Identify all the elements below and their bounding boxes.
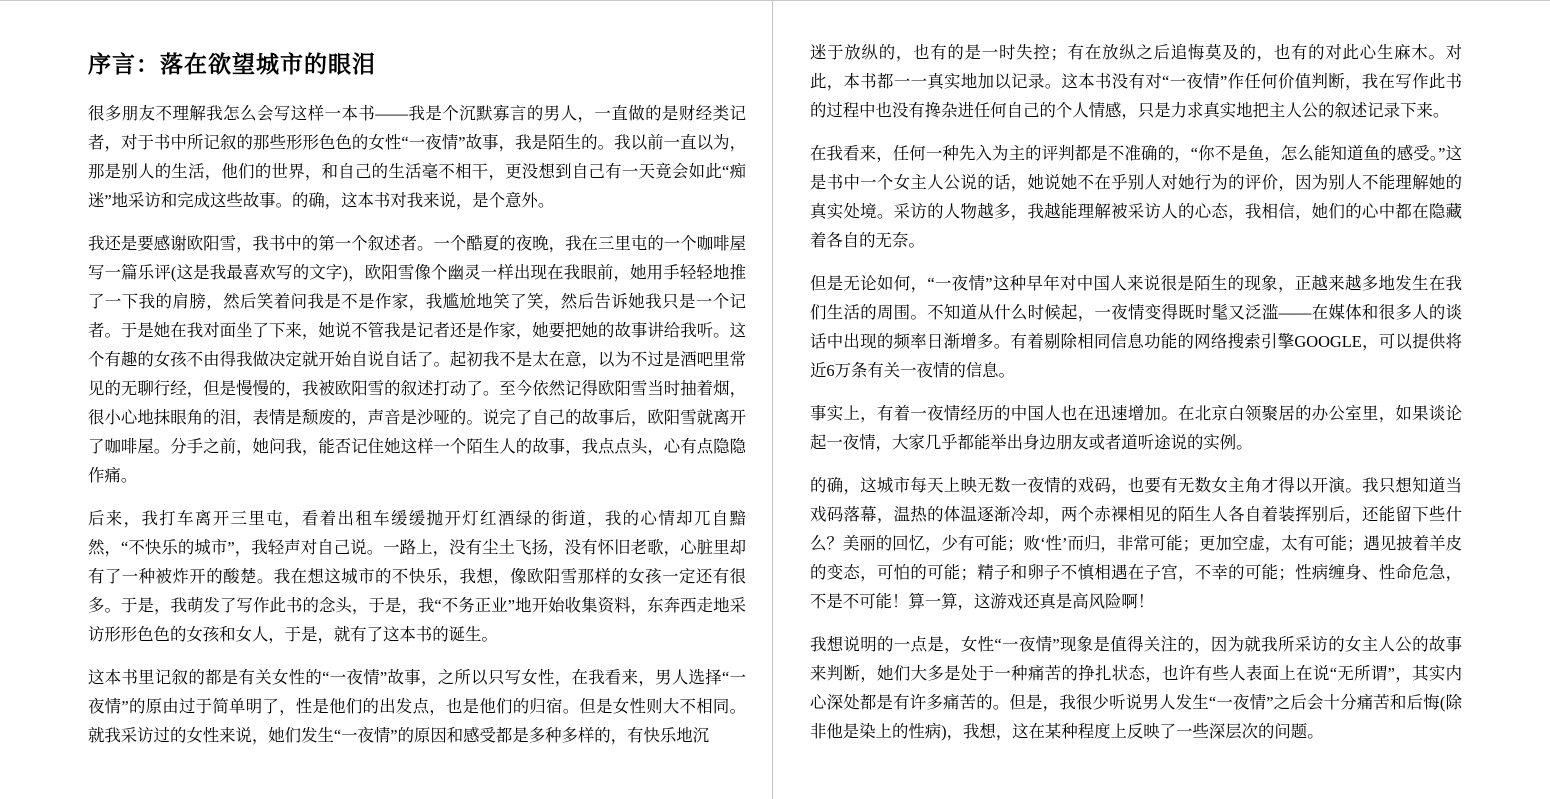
paragraph: 在我看来，任何一种先入为主的评判都是不准确的，“你不是鱼，怎么能知道鱼的感受。”… (810, 139, 1462, 255)
paragraph: 但是无论如何，“一夜情”这种早年对中国人来说很是陌生的现象，正越来越多地发生在我… (810, 269, 1462, 385)
page-left: 序言：落在欲望城市的眼泪 很多朋友不理解我怎么会写这样一本书——我是个沉默寡言的… (88, 38, 746, 764)
page-divider (772, 0, 773, 799)
paragraph: 我想说明的一点是，女性“一夜情”现象是值得关注的，因为就我所采访的女主人公的故事… (810, 630, 1462, 746)
paragraph: 迷于放纵的，也有的是一时失控；有在放纵之后追悔莫及的，也有的对此心生麻木。对此，… (810, 38, 1462, 125)
paragraph: 事实上，有着一夜情经历的中国人也在迅速增加。在北京白领聚居的办公室里，如果谈论起… (810, 399, 1462, 457)
paragraph: 的确，这城市每天上映无数一夜情的戏码，也要有无数女主角才得以开演。我只想知道当戏… (810, 471, 1462, 616)
paragraph: 很多朋友不理解我怎么会写这样一本书——我是个沉默寡言的男人，一直做的是财经类记者… (88, 99, 746, 215)
paragraph: 我还是要感谢欧阳雪，我书中的第一个叙述者。一个酷夏的夜晚，我在三里屯的一个咖啡屋… (88, 229, 746, 490)
paragraph: 这本书里记叙的都是有关女性的“一夜情”故事，之所以只写女性，在我看来，男人选择“… (88, 663, 746, 750)
page-right: 迷于放纵的，也有的是一时失控；有在放纵之后追悔莫及的，也有的对此心生麻木。对此，… (810, 38, 1462, 760)
book-spread: 序言：落在欲望城市的眼泪 很多朋友不理解我怎么会写这样一本书——我是个沉默寡言的… (0, 0, 1550, 799)
page-title: 序言：落在欲望城市的眼泪 (88, 46, 746, 79)
paragraph: 后来，我打车离开三里屯，看着出租车缓缓抛开灯红酒绿的街道，我的心情却兀自黯然，“… (88, 504, 746, 649)
top-border-line (0, 0, 1550, 1)
